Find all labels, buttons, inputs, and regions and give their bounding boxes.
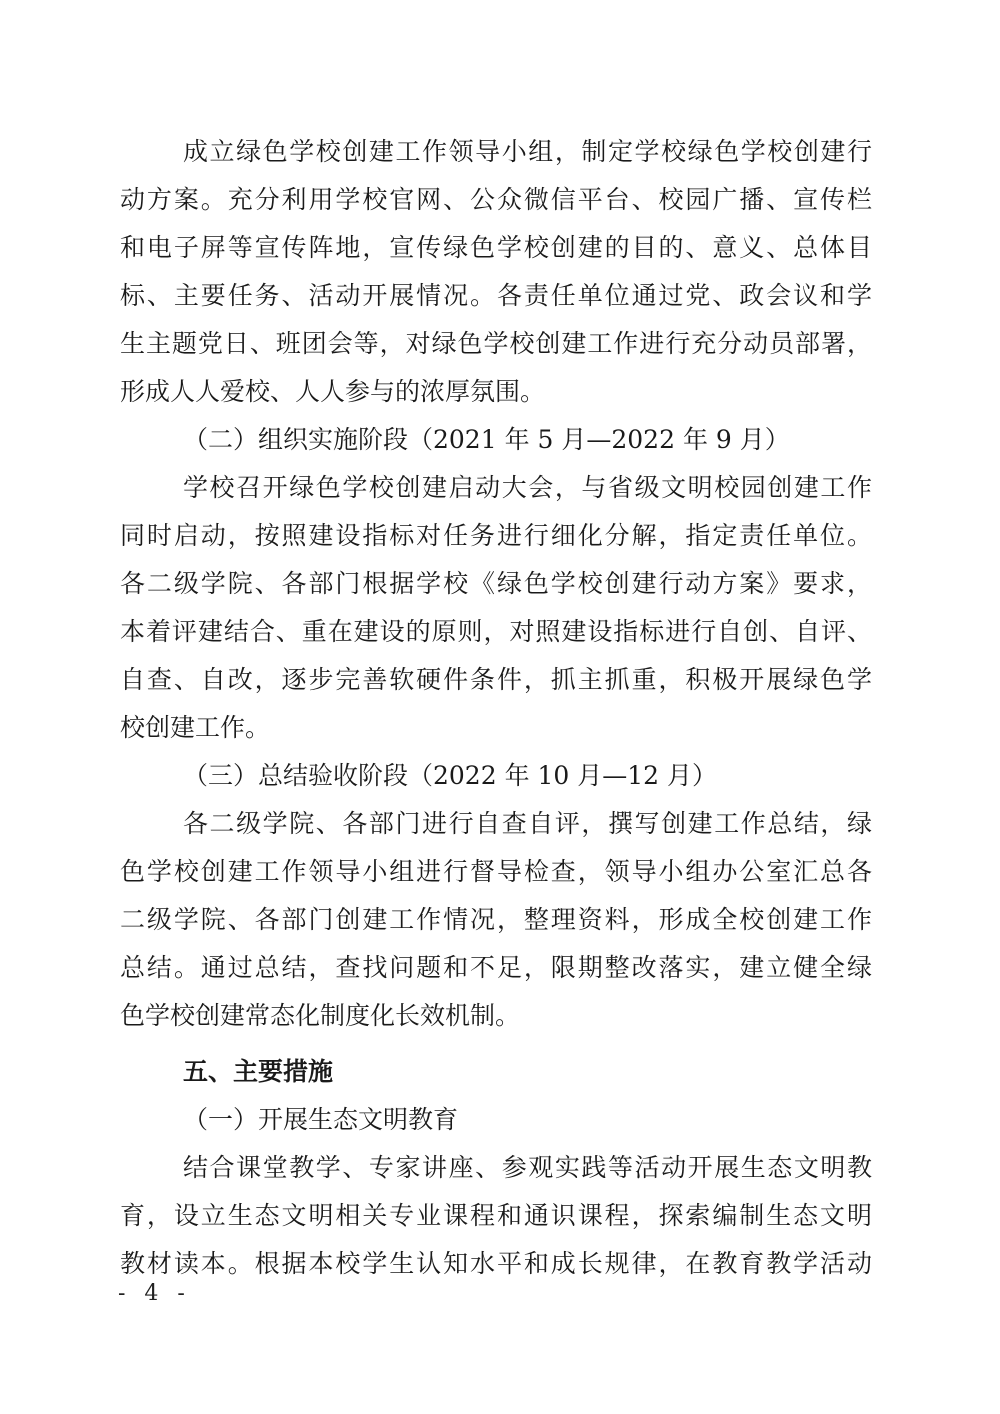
section-subheading: （一）开展生态文明教育 [183,1104,872,1136]
body-line: 标、主要任务、活动开展情况。各责任单位通过党、政会议和学 [120,280,872,312]
body-line: 成立绿色学校创建工作领导小组，制定学校绿色学校创建行 [183,136,872,168]
body-line: 教材读本。根据本校学生认知水平和成长规律，在教育教学活动 [120,1248,872,1280]
body-line: 各二级学院、各部门进行自查自评，撰写创建工作总结，绿 [183,808,872,840]
body-line: 自查、自改，逐步完善软硬件条件，抓主抓重，积极开展绿色学 [120,664,872,696]
body-line: 动方案。充分利用学校官网、公众微信平台、校园广播、宣传栏 [120,184,872,216]
body-line: 色学校创建工作领导小组进行督导检查，领导小组办公室汇总各 [120,856,872,888]
body-line: 学校召开绿色学校创建启动大会，与省级文明校园创建工作 [183,472,872,504]
body-line: 同时启动，按照建设指标对任务进行细化分解，指定责任单位。 [120,520,872,552]
page-number: - 4 - [118,1280,191,1308]
body-line: 校创建工作。 [120,712,872,744]
body-line: 本着评建结合、重在建设的原则，对照建设指标进行自创、自评、 [120,616,872,648]
body-line: 结合课堂教学、专家讲座、参观实践等活动开展生态文明教 [183,1152,872,1184]
section-subheading: （二）组织实施阶段（2021 年 5 月—2022 年 9 月） [183,424,872,456]
body-line: 总结。通过总结，查找问题和不足，限期整改落实，建立健全绿 [120,952,872,984]
body-line: 二级学院、各部门创建工作情况，整理资料，形成全校创建工作 [120,904,872,936]
section-subheading: （三）总结验收阶段（2022 年 10 月—12 月） [183,760,872,792]
body-line: 和电子屏等宣传阵地，宣传绿色学校创建的目的、意义、总体目 [120,232,872,264]
body-line: 形成人人爱校、人人参与的浓厚氛围。 [120,376,872,408]
body-line: 生主题党日、班团会等，对绿色学校创建工作进行充分动员部署， [120,328,872,360]
body-line: 色学校创建常态化制度化长效机制。 [120,1000,872,1032]
body-line: 育，设立生态文明相关专业课程和通识课程，探索编制生态文明 [120,1200,872,1232]
body-line: 各二级学院、各部门根据学校《绿色学校创建行动方案》要求， [120,568,872,600]
section-heading: 五、主要措施 [183,1056,872,1088]
